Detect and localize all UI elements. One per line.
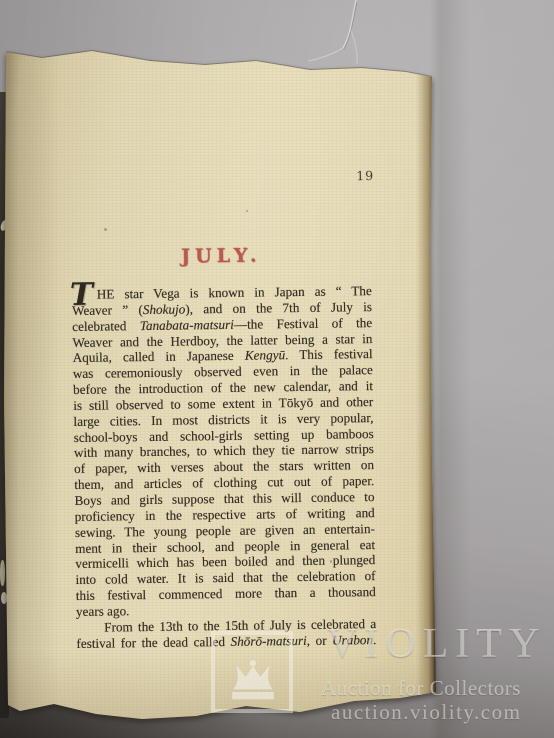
body-text: THE star Vega is known in Japan as “ The…: [72, 283, 377, 651]
text-line: festival for the dead called Shōrō-matsu…: [76, 632, 376, 652]
page-paper: 19 JULY. THE star Vega is known in Japan…: [0, 0, 554, 738]
chapter-title: JULY.: [71, 243, 371, 269]
printed-content: 19 JULY. THE star Vega is known in Japan…: [0, 0, 554, 738]
page-number: 19: [356, 168, 374, 183]
book-page: 19 JULY. THE star Vega is known in Japan…: [0, 0, 554, 738]
